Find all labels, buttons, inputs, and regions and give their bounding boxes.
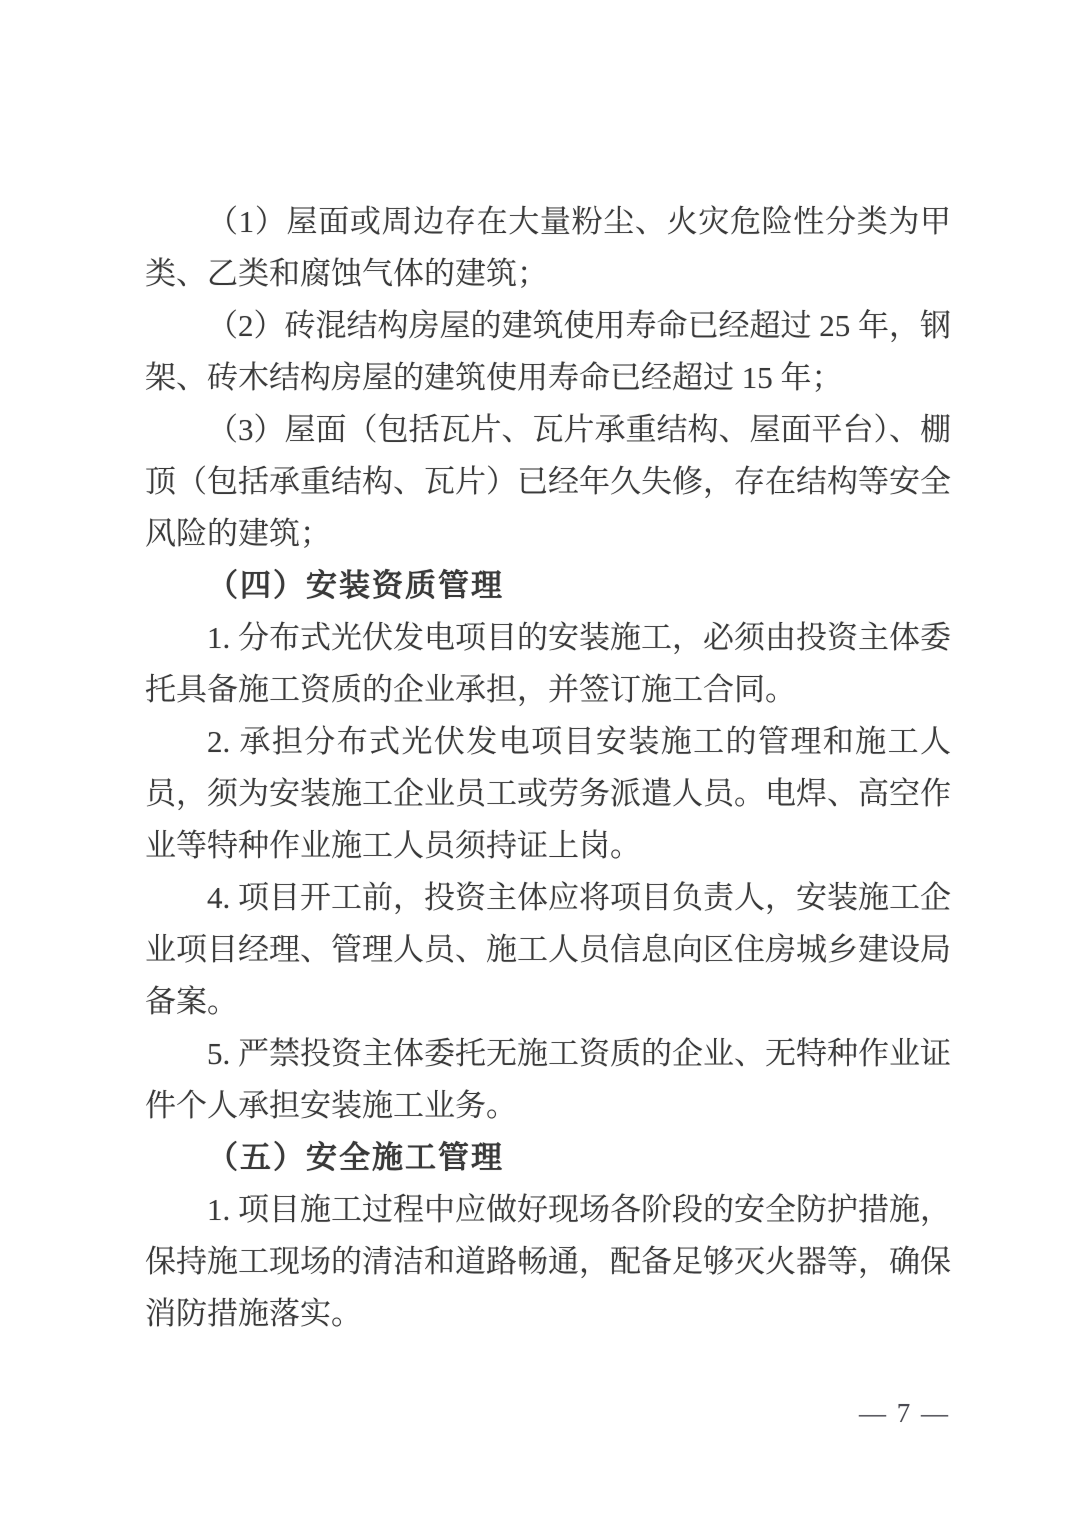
document-page: （1）屋面或周边存在大量粉尘、火灾危险性分类为甲类、乙类和腐蚀气体的建筑； （2… bbox=[0, 0, 1080, 1527]
paragraph: 1. 项目施工过程中应做好现场各阶段的安全防护措施，保持施工现场的清洁和道路畅通… bbox=[145, 1184, 951, 1340]
section-heading: （五）安全施工管理 bbox=[145, 1132, 951, 1184]
paragraph: （3）屋面（包括瓦片、瓦片承重结构、屋面平台）、棚顶（包括承重结构、瓦片）已经年… bbox=[145, 404, 951, 560]
paragraph: 4. 项目开工前，投资主体应将项目负责人，安装施工企业项目经理、管理人员、施工人… bbox=[145, 872, 951, 1028]
section-heading: （四）安装资质管理 bbox=[145, 560, 951, 612]
page-number: — 7 — bbox=[859, 1398, 950, 1428]
paragraph: 1. 分布式光伏发电项目的安装施工，必须由投资主体委托具备施工资质的企业承担，并… bbox=[145, 612, 951, 716]
paragraph: （1）屋面或周边存在大量粉尘、火灾危险性分类为甲类、乙类和腐蚀气体的建筑； bbox=[145, 196, 951, 300]
paragraph: （2）砖混结构房屋的建筑使用寿命已经超过 25 年，钢架、砖木结构房屋的建筑使用… bbox=[145, 300, 951, 404]
paragraph: 2. 承担分布式光伏发电项目安装施工的管理和施工人员，须为安装施工企业员工或劳务… bbox=[145, 716, 951, 872]
document-body: （1）屋面或周边存在大量粉尘、火灾危险性分类为甲类、乙类和腐蚀气体的建筑； （2… bbox=[145, 196, 951, 1340]
paragraph: 5. 严禁投资主体委托无施工资质的企业、无特种作业证件个人承担安装施工业务。 bbox=[145, 1028, 951, 1132]
